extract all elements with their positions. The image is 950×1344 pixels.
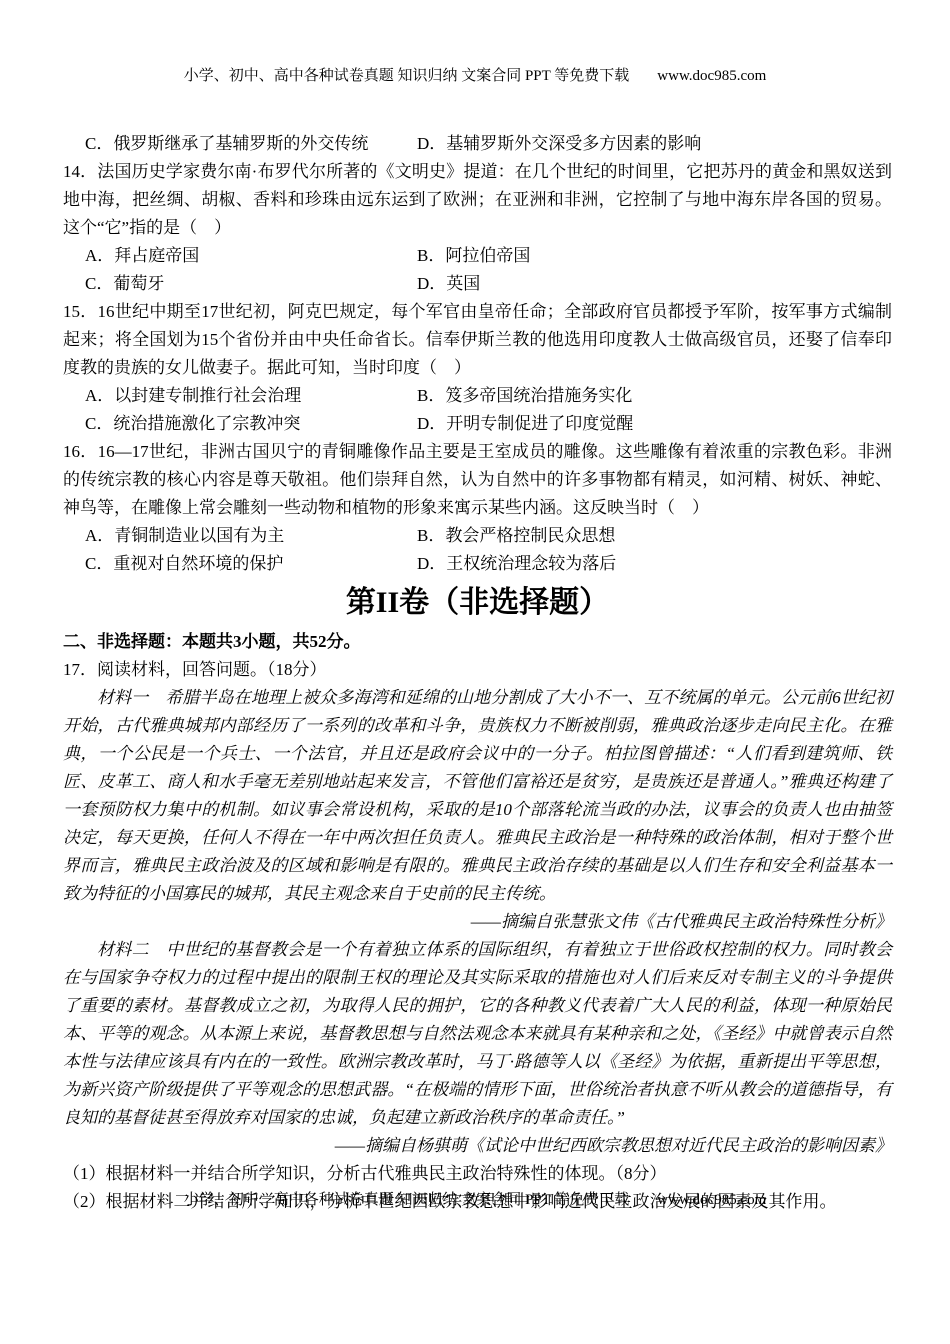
question-13-option-d: D．基辅罗斯外交深受多方因素的影响 [417, 130, 892, 158]
question-14-options: A．拜占庭帝国 B．阿拉伯帝国 C．葡萄牙 D．英国 [63, 242, 892, 298]
header-site-url: www.doc985.com [657, 68, 766, 84]
question-16-option-c: C．重视对自然环境的保护 [85, 550, 417, 578]
question-15-stem: 15．16世纪中期至17世纪初，阿克巴规定，每个军官由皇帝任命；全部政府官员都授… [63, 298, 892, 382]
question-16-options: A．青铜制造业以国有为主 B．教会严格控制民众思想 C．重视对自然环境的保护 D… [63, 522, 892, 578]
question-14-option-c: C．葡萄牙 [85, 270, 417, 298]
question-16-option-a: A．青铜制造业以国有为主 [85, 522, 417, 550]
material-1-attribution: ——摘编自张慧张文伟《古代雅典民主政治特殊性分析》 [63, 908, 892, 936]
question-17-material-1: 材料一 希腊半岛在地理上被众多海湾和延绵的山地分割成了大小不一、互不统属的单元。… [63, 684, 892, 908]
page-header: 小学、初中、高中各种试卷真题 知识归纳 文案合同 PPT 等免费下载www.do… [0, 64, 950, 85]
question-17-intro: 17．阅读材料，回答问题。（18分） [63, 656, 892, 684]
page-footer: 小学、初中、高中各种试卷真题 知识归纳 文案合同 PPT 等免费下载www.do… [0, 1188, 950, 1209]
question-15-option-a: A．以封建专制推行社会治理 [85, 382, 417, 410]
part-2-title: 第II卷（非选择题） [63, 580, 892, 626]
question-15-option-d: D．开明专制促进了印度觉醒 [417, 410, 892, 438]
question-16-option-b: B．教会严格控制民众思想 [417, 522, 892, 550]
question-17-material-2: 材料二 中世纪的基督教会是一个有着独立体系的国际组织，有着独立于世俗政权控制的权… [63, 936, 892, 1132]
question-16-stem: 16．16—17世纪，非洲古国贝宁的青铜雕像作品主要是王室成员的雕像。这些雕像有… [63, 438, 892, 522]
footer-tagline: 小学、初中、高中各种试卷真题 知识归纳 文案合同 PPT 等免费下载 [184, 1192, 630, 1208]
question-17-subquestion-1: （1）根据材料一并结合所学知识，分析古代雅典民主政治特殊性的体现。（8分） [63, 1160, 892, 1188]
question-13-options: C．俄罗斯继承了基辅罗斯的外交传统 D．基辅罗斯外交深受多方因素的影响 [63, 130, 892, 158]
question-14-option-a: A．拜占庭帝国 [85, 242, 417, 270]
question-13-option-c: C．俄罗斯继承了基辅罗斯的外交传统 [85, 130, 417, 158]
section-2-heading: 二、非选择题：本题共3小题，共52分。 [63, 628, 892, 656]
footer-site-url: www.doc985.com [657, 1192, 766, 1208]
question-14-stem: 14．法国历史学家费尔南·布罗代尔所著的《文明史》提道：在几个世纪的时间里，它把… [63, 158, 892, 242]
document-body: C．俄罗斯继承了基辅罗斯的外交传统 D．基辅罗斯外交深受多方因素的影响 14．法… [63, 130, 892, 1216]
question-14-option-d: D．英国 [417, 270, 892, 298]
question-15-options: A．以封建专制推行社会治理 B．笈多帝国统治措施务实化 C．统治措施激化了宗教冲… [63, 382, 892, 438]
header-tagline: 小学、初中、高中各种试卷真题 知识归纳 文案合同 PPT 等免费下载 [184, 68, 630, 84]
material-2-attribution: ——摘编自杨骐萌《试论中世纪西欧宗教思想对近代民主政治的影响因素》 [63, 1132, 892, 1160]
question-14-option-b: B．阿拉伯帝国 [417, 242, 892, 270]
question-15-option-b: B．笈多帝国统治措施务实化 [417, 382, 892, 410]
question-15-option-c: C．统治措施激化了宗教冲突 [85, 410, 417, 438]
question-16-option-d: D．王权统治理念较为落后 [417, 550, 892, 578]
